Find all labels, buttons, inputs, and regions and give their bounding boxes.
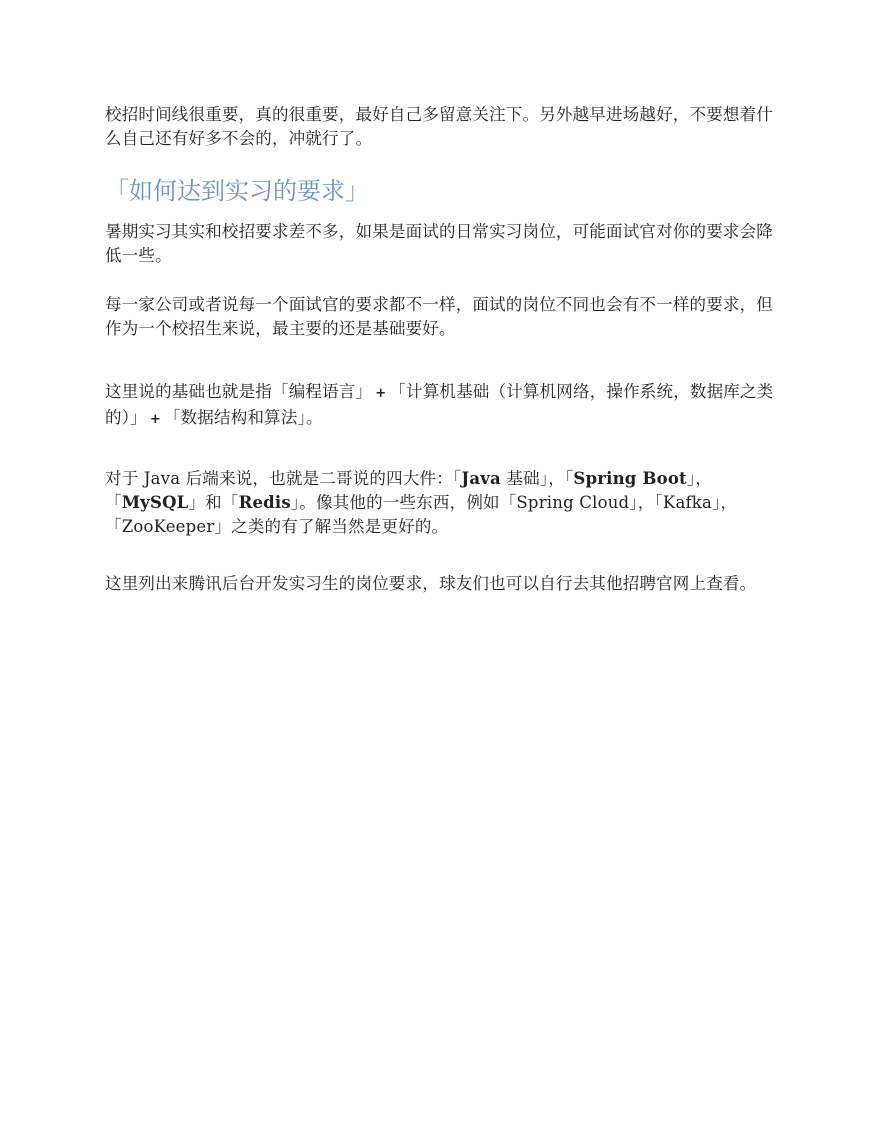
basics-text-c: 「数据结构和算法」。 — [164, 408, 323, 427]
basics-text-a: 这里说的基础也就是指「编程语言」 — [105, 382, 372, 401]
bold-redis: Redis — [239, 493, 291, 512]
plus-sign: + — [372, 386, 389, 401]
bold-mysql: MySQL — [122, 493, 189, 512]
text: 对于 Java 后端来说，也就是二哥说的四大件：「 — [105, 469, 461, 488]
bold-spring-boot: Spring Boot — [573, 469, 686, 488]
text: 基础」，「 — [501, 469, 573, 488]
paragraph-tencent: 这里列出来腾讯后台开发实习生的岗位要求，球友们也可以自行去其他招聘官网上查看。 — [105, 572, 785, 596]
paragraph-basics: 这里说的基础也就是指「编程语言」+「计算机基础（计算机网络，操作系统，数据库之类… — [105, 380, 785, 432]
bold-java: Java — [461, 469, 501, 488]
paragraph-requirements: 每一家公司或者说每一个面试官的要求都不一样，面试的岗位不同也会有不一样的要求，但… — [105, 293, 785, 341]
paragraph-timeline: 校招时间线很重要，真的很重要，最好自己多留意关注下。另外越早进场越好，不要想着什… — [105, 103, 785, 151]
plus-sign: + — [147, 412, 164, 427]
paragraph-summer-internship: 暑期实习其实和校招要求差不多，如果是面试的日常实习岗位，可能面试官对你的要求会降… — [105, 220, 785, 268]
section-heading: 「如何达到实习的要求」 — [105, 175, 369, 207]
text: 」和「 — [188, 493, 238, 512]
paragraph-java-backend: 对于 Java 后端来说，也就是二哥说的四大件：「Java 基础」，「Sprin… — [105, 467, 785, 539]
